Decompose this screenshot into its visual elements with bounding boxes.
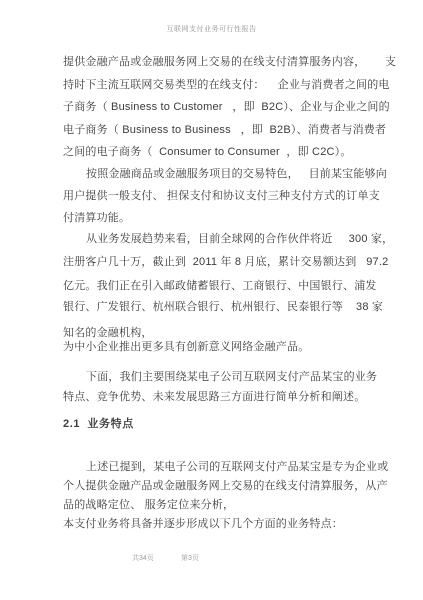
text-line: 持时下主流互联网交易类型的在线支付： 企业与消费者之间的电	[63, 79, 390, 92]
document-page: 互联网支付业务可行性报告 提供金融产品或金融服务网上交易的在线支付清算服务内容，…	[0, 0, 423, 600]
text-line: 用户提供一般支付、 担保支付和协议支付三种支付方式的订单支	[63, 190, 380, 203]
text-line: 本支付业务将具备并逐步形成以下几个方面的业务特点：	[63, 518, 343, 531]
text-line: 子商务（ Business to Customer ，即 B2C）、企业与企业之…	[63, 101, 390, 114]
text-line: 个人提供金融产品或金融服务网上交易的在线支付清算服务，从产	[63, 480, 388, 493]
text-line: 品的战略定位、 服务定位来分析，	[63, 499, 234, 512]
page-header-title: 互联网支付业务可行性报告	[0, 24, 423, 34]
text-line: 知名的金融机构，	[63, 327, 153, 340]
text-line: 亿元。我们正在引入邮政储蓄银行、工商银行、中国银行、浦发	[63, 280, 377, 293]
text-line: 注册客户几十万，截止到 2011 年 8 月底，累计交易额达到 97.2	[63, 256, 388, 269]
text-line: 特点、竞争优势、未来发展思路三方面进行简单分析和阐述。	[63, 391, 365, 404]
text-line: 提供金融产品或金融服务网上交易的在线支付清算服务内容， 支	[63, 56, 396, 69]
text-line: 银行、广发银行、杭州联合银行、杭州银行、民泰银行等 38 家	[63, 301, 383, 314]
text-line: 之间的电子商务（ Consumer to Consumer ，即 C2C）。	[63, 146, 352, 159]
text-line: 电子商务（ Business to Business ，即 B2B）、消费者与消…	[63, 124, 386, 137]
footer-page-total: 共34页	[132, 553, 154, 563]
text-line: 按照金融商品或金融服务项目的交易特色， 目前某宝能够向	[63, 168, 387, 181]
text-line: 为中小企业推出更多具有创新意义网络金融产品。	[63, 341, 309, 354]
text-line: 上述已提到，某电子公司的互联网支付产品某宝是专为企业或	[63, 461, 388, 474]
section-heading: 2.1 业务特点	[63, 418, 134, 431]
text-line: 付清算功能。	[63, 212, 130, 225]
text-line: 从业务发展趋势来看，目前全球网的合作伙伴将近 300 家，	[63, 233, 393, 246]
footer-page-number: 第3页	[181, 553, 199, 563]
text-line: 下面，我们主要围绕某电子公司互联网支付产品某宝的业务	[63, 371, 377, 384]
